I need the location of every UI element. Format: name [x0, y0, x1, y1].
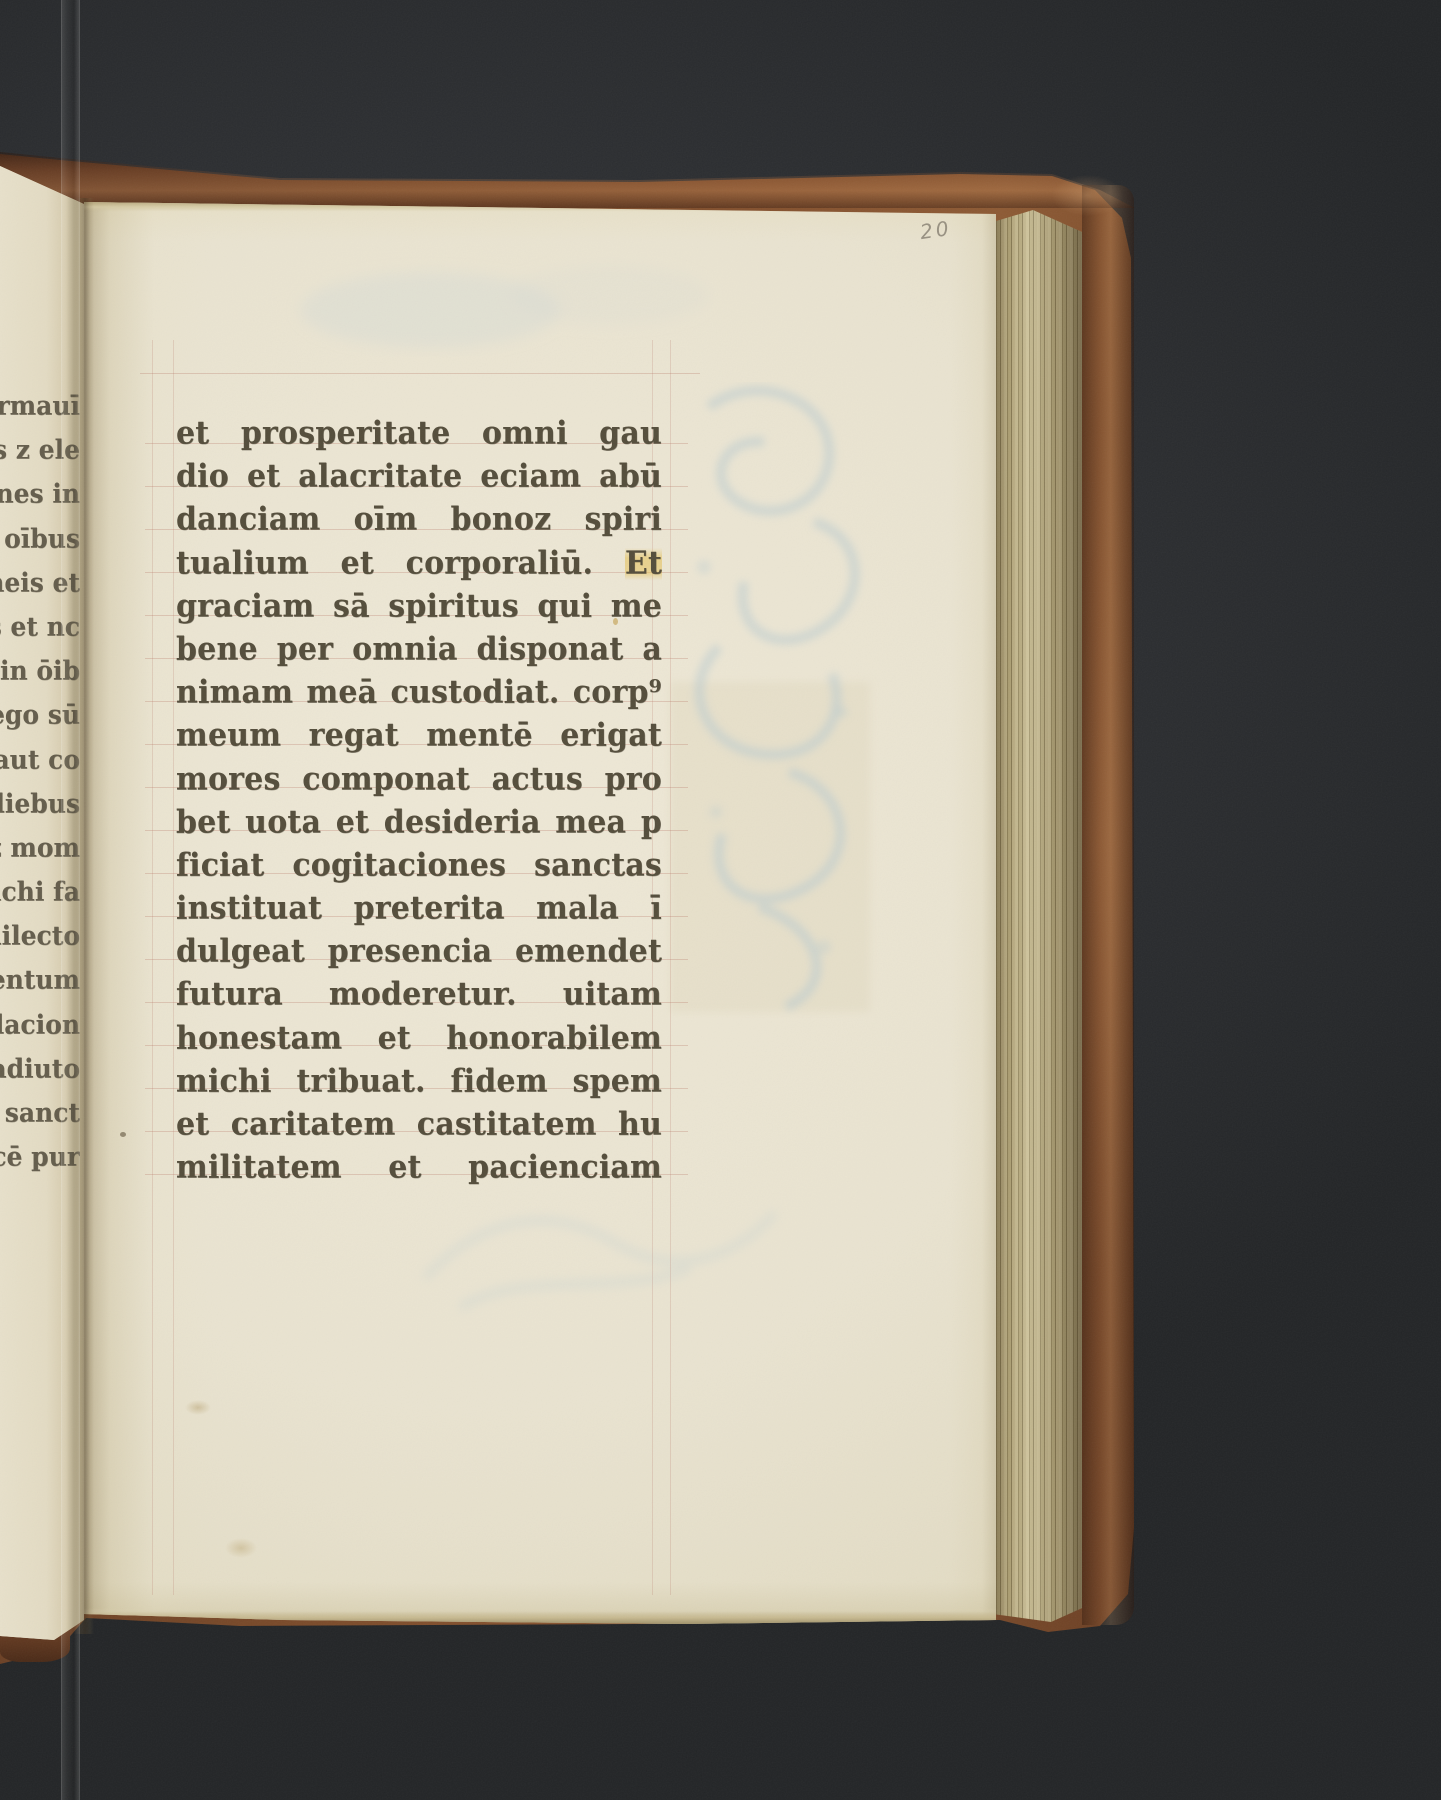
- manuscript-text-line: instituat preterita mala ī: [176, 886, 662, 932]
- ink-speck: [120, 1132, 126, 1137]
- ruling-line-top: [140, 373, 700, 374]
- manuscript-text-line: mores componat actus pro: [176, 756, 662, 802]
- show-through-top: [280, 240, 720, 360]
- ruling-line-vertical-right-outer: [670, 340, 671, 1595]
- ruling-line-vertical-left-inner: [173, 340, 174, 1595]
- parchment-stain: [185, 1400, 211, 1415]
- manuscript-text-line: meum regat mentē erigat: [176, 713, 662, 759]
- glass-clamp-strip: [61, 0, 80, 1800]
- gothic-text-block: et prosperitate omni gaudio et alacritat…: [176, 412, 662, 1189]
- manuscript-text-line: futura moderetur. uitam: [176, 972, 662, 1018]
- photograph-of-open-manuscript-book: rmauīsās z eletnes inn oībuss meis ettys…: [0, 0, 1441, 1800]
- leather-top-edge-sheen: [0, 150, 1135, 208]
- yellow-touched-capital: Et: [625, 544, 662, 581]
- manuscript-text-line: et prosperitate omni gau: [176, 410, 662, 456]
- manuscript-text-line: dio et alacritate eciam abū: [176, 454, 662, 500]
- manuscript-text-line: militatem et pacienciam: [176, 1145, 662, 1191]
- manuscript-text-line: michi tribuat. fidem spem: [176, 1058, 662, 1104]
- leather-right-board: [1082, 185, 1134, 1625]
- fore-edge-page-stack: [993, 210, 1082, 1622]
- manuscript-text-line: honestam et honorabilem: [176, 1015, 662, 1061]
- manuscript-text-line: et caritatem castitatem hu: [176, 1101, 662, 1147]
- leather-corner-highlight: [1040, 168, 1135, 223]
- gold-speck: [613, 618, 618, 625]
- manuscript-page: et prosperitate omni gaudio et alacritat…: [84, 202, 996, 1624]
- manuscript-text-line: nimam meā custodiat. corp⁹: [176, 670, 662, 716]
- manuscript-text-line: bet uota et desideria mea p: [176, 799, 662, 845]
- manuscript-text-line: graciam sā spiritus qui me: [176, 583, 662, 629]
- manuscript-text-line: ficiat cogitaciones sanctas: [176, 842, 662, 888]
- manuscript-text-line: danciam oīm bonoz spiri: [176, 497, 662, 543]
- manuscript-text-line: bene per omnia disponat a: [176, 626, 662, 672]
- folio-number: 20: [918, 216, 952, 244]
- show-through-floral-panel: [664, 382, 880, 1018]
- parchment-stain: [225, 1538, 257, 1558]
- manuscript-text-line: dulgeat presencia emendet: [176, 929, 662, 975]
- manuscript-text-line: tualium et corporaliū. Et: [176, 540, 662, 586]
- ruling-line-vertical-left-outer: [152, 340, 153, 1595]
